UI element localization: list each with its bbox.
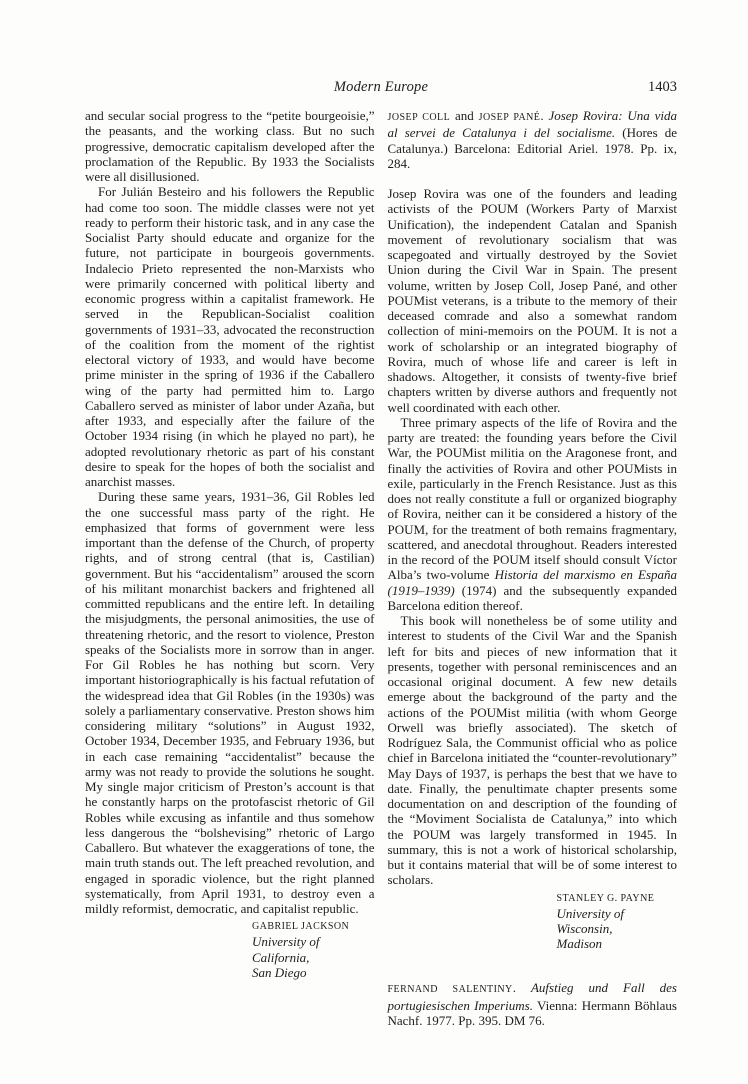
text-run: For Julián Besteiro and his followers th… bbox=[85, 184, 375, 489]
text-run: Josep Rovira was one of the founders and… bbox=[388, 186, 678, 415]
reviewer-signature: STANLEY G. PAYNE University of Wisconsin… bbox=[557, 892, 678, 952]
paragraph: Josep Rovira was one of the founders and… bbox=[388, 186, 678, 415]
journal-page: Modern Europe 1403 and secular social pr… bbox=[0, 0, 748, 1084]
text-run: . bbox=[513, 980, 531, 995]
author-name: JOSEP PANÉ bbox=[479, 112, 541, 123]
reviewer-affiliation-city: Madison bbox=[557, 936, 678, 951]
reviewer-affiliation: University of Wisconsin, bbox=[557, 906, 678, 937]
left-column: and secular social progress to the “peti… bbox=[85, 108, 375, 1028]
page-number: 1403 bbox=[648, 79, 677, 95]
next-book-citation: FERNAND SALENTINY. Aufstieg und Fall des… bbox=[388, 980, 678, 1028]
text-run: This book will nonetheless be of some ut… bbox=[388, 613, 678, 887]
review-body-continued: and secular social progress to the “peti… bbox=[85, 108, 375, 916]
section-title: Modern Europe bbox=[334, 79, 428, 95]
text-run: and bbox=[450, 108, 478, 123]
reviewer-name: STANLEY G. PAYNE bbox=[557, 892, 678, 906]
paragraph: For Julián Besteiro and his followers th… bbox=[85, 184, 375, 489]
text-columns: and secular social progress to the “peti… bbox=[85, 108, 677, 1028]
paragraph: This book will nonetheless be of some ut… bbox=[388, 613, 678, 888]
text-run: and secular social progress to the “peti… bbox=[85, 108, 375, 184]
paragraph: Three primary aspects of the life of Rov… bbox=[388, 415, 678, 613]
reviewer-affiliation-city: San Diego bbox=[252, 965, 375, 980]
paragraph: and secular social progress to the “peti… bbox=[85, 108, 375, 184]
paragraph: During these same years, 1931–36, Gil Ro… bbox=[85, 489, 375, 916]
text-run: During these same years, 1931–36, Gil Ro… bbox=[85, 489, 375, 916]
reviewer-name: GABRIEL JACKSON bbox=[252, 920, 375, 934]
reviewer-signature: GABRIEL JACKSON University of California… bbox=[252, 920, 375, 980]
reviewer-affiliation: University of California, bbox=[252, 934, 375, 965]
book-citation: JOSEP COLL and JOSEP PANÉ. Josep Rovira:… bbox=[388, 108, 678, 171]
author-name: FERNAND SALENTINY bbox=[388, 984, 513, 995]
running-head: Modern Europe 1403 bbox=[85, 79, 677, 95]
review-body: Josep Rovira was one of the founders and… bbox=[388, 186, 678, 888]
author-name: JOSEP COLL bbox=[388, 112, 451, 123]
text-run: Three primary aspects of the life of Rov… bbox=[388, 415, 678, 583]
right-column: JOSEP COLL and JOSEP PANÉ. Josep Rovira:… bbox=[388, 108, 678, 1028]
